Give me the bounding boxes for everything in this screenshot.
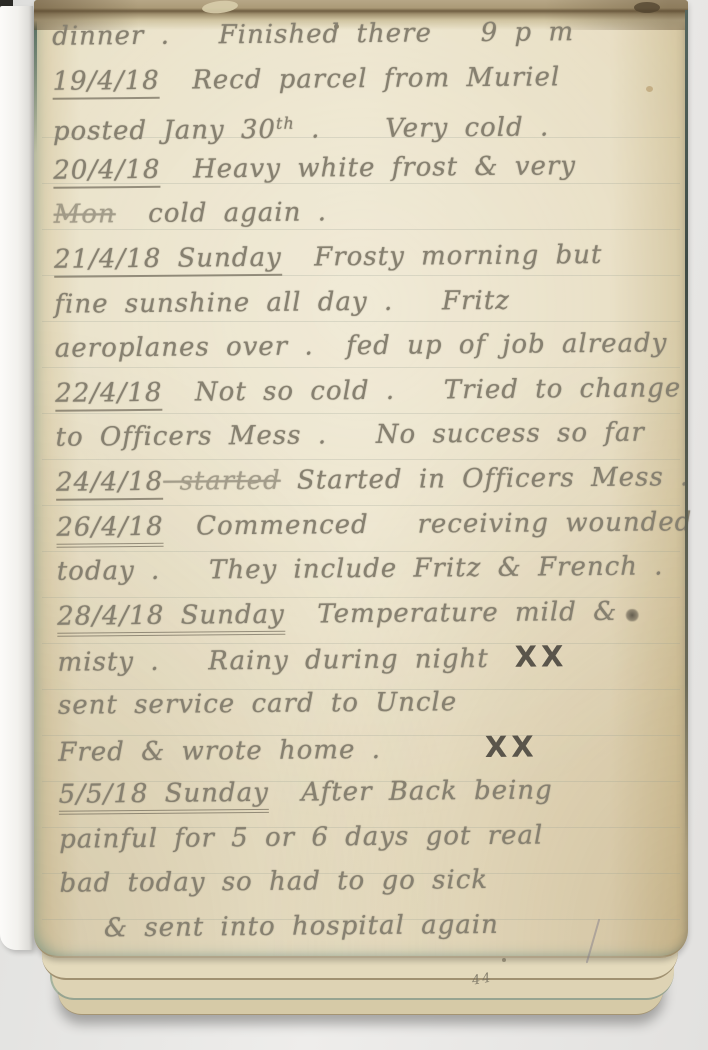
diary-line: Fred & wrote home .XX bbox=[58, 723, 682, 773]
entry-date: 24/4/18 bbox=[56, 467, 164, 501]
diary-text: Frosty morning but bbox=[282, 240, 603, 273]
diary-line: posted Jany 30th . Very cold . bbox=[53, 98, 677, 148]
paper-stain bbox=[502, 958, 506, 962]
diary-text: After Back being bbox=[269, 775, 553, 807]
diary-line: 19/4/18 Recd parcel from Muriel bbox=[52, 54, 676, 104]
diary-line: misty . Rainy during nightXX bbox=[57, 634, 681, 684]
entry-date: 28/4/18 Sunday bbox=[57, 599, 285, 636]
diary-line: 20/4/18 Heavy white frost & very bbox=[53, 143, 677, 193]
diary-text: cold again . bbox=[116, 198, 327, 230]
diary-line: bad today so had to go sick bbox=[59, 857, 683, 907]
entry-date: 19/4/18 bbox=[52, 65, 160, 99]
diary-line: sent service card to Uncle bbox=[58, 678, 682, 728]
entry-date: 26/4/18 bbox=[56, 511, 164, 547]
x-marks: XX bbox=[515, 640, 568, 674]
diary-line: painful for 5 or 6 days got real bbox=[59, 812, 683, 862]
diary-text: & sent into hospital again bbox=[104, 910, 499, 943]
pencil-blot bbox=[625, 608, 639, 621]
diary-text: Heavy white frost & very bbox=[160, 151, 576, 185]
diary-text: painful for 5 or 6 days got real bbox=[59, 820, 543, 854]
diary-line: dinner . Finished there 9 p m bbox=[52, 9, 676, 59]
adjacent-page-edge bbox=[0, 6, 33, 950]
diary-line: fine sunshine all day . Fritz bbox=[54, 277, 678, 327]
diary-line: aeroplanes over . fed up of job already bbox=[55, 321, 679, 371]
diary-line: today . They include Fritz & French . bbox=[57, 544, 681, 594]
diary-line: 21/4/18 Sunday Frosty morning but bbox=[54, 232, 678, 282]
diary-text: th bbox=[276, 114, 295, 133]
diary-text: Recd parcel from Muriel bbox=[160, 62, 561, 95]
diary-text: to Officers Mess . No success so far bbox=[55, 418, 645, 453]
diary-text: aeroplanes over . fed up of job already bbox=[55, 329, 668, 364]
diary-text: today . They include Fritz & French . bbox=[57, 552, 664, 587]
diary-line: 26/4/18 Commenced receiving wounded bbox=[56, 500, 680, 550]
entry-date: 21/4/18 Sunday bbox=[54, 243, 282, 278]
diary-text: Not so cold . Tried to change bbox=[162, 373, 681, 408]
diary-line: Mon cold again . bbox=[53, 188, 677, 238]
entry-date: 20/4/18 bbox=[53, 155, 161, 189]
diary-page: dinner . Finished there 9 p m19/4/18 Rec… bbox=[34, 0, 688, 958]
diary-line: 5/5/18 Sunday After Back being bbox=[59, 767, 683, 817]
diary-line: 22/4/18 Not so cold . Tried to change bbox=[55, 366, 679, 416]
entry-date: 5/5/18 Sunday bbox=[59, 778, 269, 815]
scanned-notebook: dinner . Finished there 9 p m19/4/18 Rec… bbox=[0, 0, 708, 1050]
diary-text: Commenced receiving wounded bbox=[163, 507, 692, 542]
diary-text: fine sunshine all day . Fritz bbox=[54, 285, 510, 319]
x-marks: XX bbox=[485, 729, 538, 763]
diary-text: Fred & wrote home . bbox=[58, 734, 381, 767]
diary-text: Started in Officers Mess . bbox=[281, 462, 690, 496]
diary-text: Temperature mild & bbox=[285, 597, 618, 630]
diary-text: posted Jany 30 bbox=[53, 115, 276, 147]
diary-text: bad today so had to go sick bbox=[59, 865, 488, 899]
diary-text: . Very cold . bbox=[295, 113, 550, 145]
crossed-out-text: started bbox=[163, 466, 281, 497]
diary-text: misty . Rainy during night bbox=[57, 644, 488, 678]
entry-date: 22/4/18 bbox=[55, 378, 163, 412]
diary-text: sent service card to Uncle bbox=[58, 687, 457, 720]
diary-line: to Officers Mess . No success so far bbox=[55, 411, 679, 461]
diary-line: 28/4/18 Sunday Temperature mild & bbox=[57, 589, 681, 639]
handwriting-area: dinner . Finished there 9 p m19/4/18 Rec… bbox=[52, 9, 684, 951]
diary-text: dinner . Finished there 9 p m bbox=[52, 17, 574, 52]
diary-line: 24/4/18 started Started in Officers Mess… bbox=[56, 455, 680, 505]
crossed-out-text: Mon bbox=[54, 200, 116, 231]
